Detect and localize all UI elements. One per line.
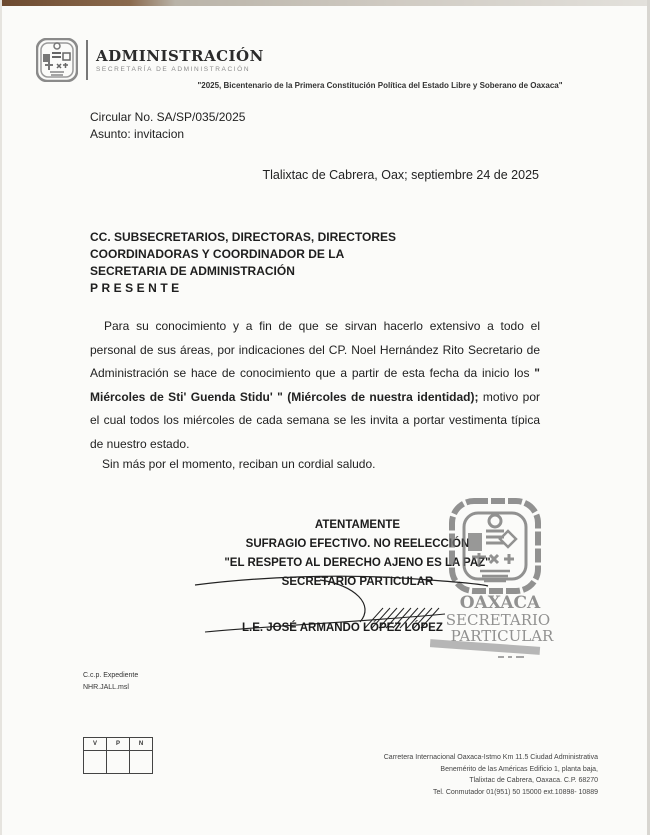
presente: PRESENTE xyxy=(90,280,396,297)
copy-block: C.c.p. Expediente NHR.JALL.msl xyxy=(83,670,138,694)
body-paragraph: Para su conocimiento y a fin de que se s… xyxy=(90,315,540,456)
vpn-box: V P N xyxy=(83,737,153,774)
initials-line: NHR.JALL.msl xyxy=(83,682,138,694)
vpn-v: V xyxy=(84,738,107,751)
vpn-cell xyxy=(130,751,153,774)
closing-line: Sin más por el momento, reciban un cordi… xyxy=(102,457,375,471)
recipient-line: CC. SUBSECRETARIOS, DIRECTORAS, DIRECTOR… xyxy=(90,229,396,246)
header-divider xyxy=(86,40,88,80)
body-text-1: Para su conocimiento y a fin de que se s… xyxy=(90,319,540,380)
vpn-n: N xyxy=(130,738,153,751)
address-footer: Carretera Internacional Oaxaca-Istmo Km … xyxy=(384,752,598,798)
address-line: Benemérito de las Américas Edificio 1, p… xyxy=(384,764,598,776)
oaxaca-emblem-icon xyxy=(36,38,78,82)
signer-name: L.E. JOSÉ ARMANDO LÓPEZ LÓPEZ xyxy=(242,622,443,634)
year-motto: "2025, Bicentenario de la Primera Consti… xyxy=(0,81,650,90)
address-line: Tel. Conmutador 01(951) 50 15000 ext.108… xyxy=(384,787,598,799)
address-line: Tlalixtac de Cabrera, Oaxaca. C.P. 68270 xyxy=(384,775,598,787)
recipient-line: COORDINADORAS Y COORDINADOR DE LA xyxy=(90,246,396,263)
vpn-cell xyxy=(84,751,107,774)
vpn-p: P xyxy=(107,738,130,751)
scan-left-edge xyxy=(0,0,2,835)
letterhead: ADMINISTRACIÓN SECRETARÍA DE ADMINISTRAC… xyxy=(36,38,264,82)
scan-top-edge xyxy=(0,0,650,6)
recipients-block: CC. SUBSECRETARIOS, DIRECTORAS, DIRECTOR… xyxy=(90,229,396,297)
circular-number: Circular No. SA/SP/035/2025 xyxy=(90,109,245,126)
agency-subtitle: SECRETARÍA DE ADMINISTRACIÓN xyxy=(96,66,264,73)
address-line: Carretera Internacional Oaxaca-Istmo Km … xyxy=(384,752,598,764)
recipient-line: SECRETARIA DE ADMINISTRACIÓN xyxy=(90,263,396,280)
reference-block: Circular No. SA/SP/035/2025 Asunto: invi… xyxy=(90,109,245,143)
ccp-line: C.c.p. Expediente xyxy=(83,670,138,682)
agency-title: ADMINISTRACIÓN xyxy=(96,47,264,65)
vpn-cell xyxy=(107,751,130,774)
place-date: Tlalixtac de Cabrera, Oax; septiembre 24… xyxy=(262,168,539,182)
subject: Asunto: invitacion xyxy=(90,126,245,143)
